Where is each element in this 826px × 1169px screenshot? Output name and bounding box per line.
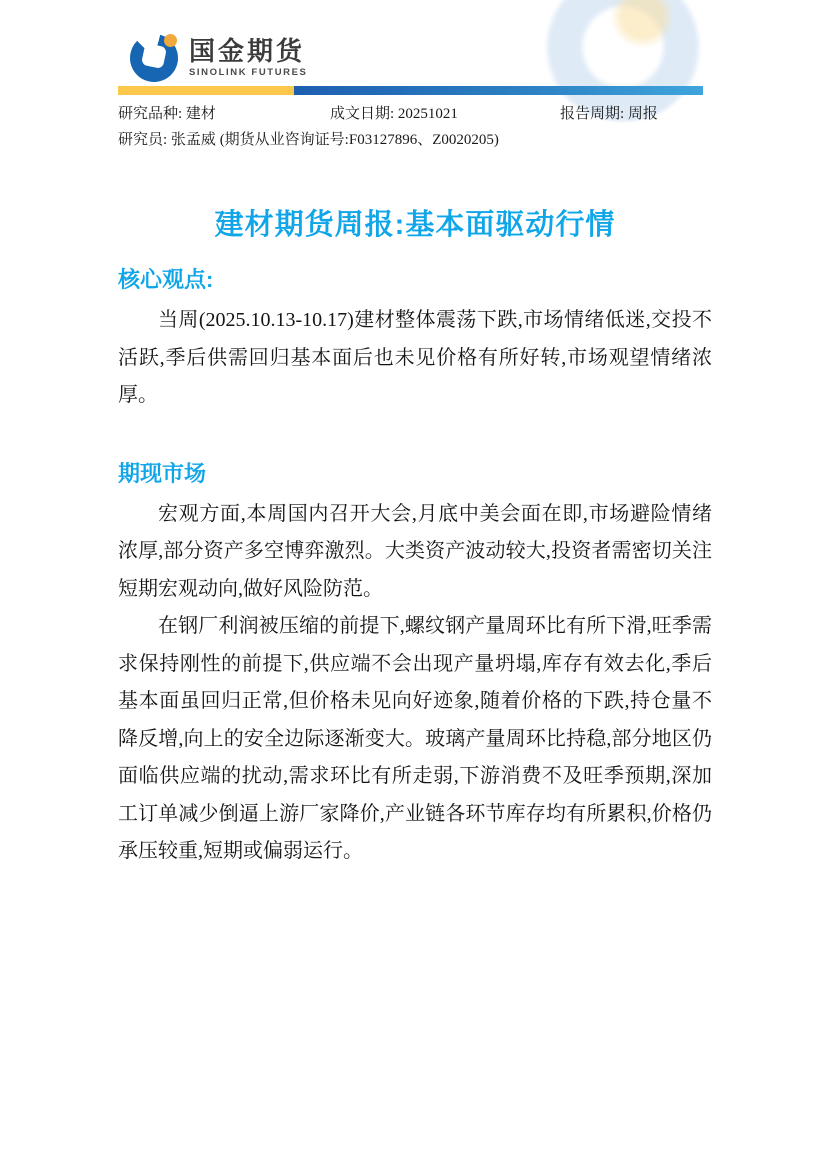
page-title: 建材期货周报:基本面驱动行情 <box>118 202 712 243</box>
meta-row-2: 研究员: 张孟威 (期货从业咨询证号:F03127896、Z0020205) <box>118 128 712 149</box>
logo-text-block: 国金期货 SINOLINK FUTURES <box>189 38 308 78</box>
report-meta: 研究品种: 建材 成文日期: 20251021 报告周期: 周报 研究员: 张孟… <box>118 102 712 149</box>
core-view-paragraph: 当周(2025.10.13-10.17)建材整体震荡下跌,市场情绪低迷,交投不活… <box>118 302 712 415</box>
meta-date: 成文日期: 20251021 <box>330 102 560 123</box>
meta-researcher-label: 研究员: <box>118 132 167 148</box>
divider-blue-segment <box>294 86 703 95</box>
company-logo: 国金期货 SINOLINK FUTURES <box>130 34 308 82</box>
meta-row-1: 研究品种: 建材 成文日期: 20251021 报告周期: 周报 <box>118 102 712 123</box>
macro-paragraph: 宏观方面,本周国内召开大会,月底中美会面在即,市场避险情绪浓厚,部分资产多空博弈… <box>118 496 712 609</box>
section-heading-spot-futures-market: 期现市场 <box>118 460 712 488</box>
meta-period: 报告周期: 周报 <box>560 102 712 123</box>
fundamentals-paragraph: 在钢厂利润被压缩的前提下,螺纹钢产量周环比有所下滑,旺季需求保持刚性的前提下,供… <box>118 608 712 871</box>
meta-researcher-cert: (期货从业咨询证号:F03127896、Z0020205) <box>220 132 499 148</box>
logo-orange-dot <box>164 34 177 47</box>
company-logo-icon <box>130 34 178 82</box>
meta-researcher-value: 张孟威 <box>171 132 216 148</box>
logo-english-name: SINOLINK FUTURES <box>189 68 308 78</box>
header-divider-bar <box>118 86 703 95</box>
meta-date-value: 20251021 <box>398 106 458 122</box>
report-body: 核心观点: 当周(2025.10.13-10.17)建材整体震荡下跌,市场情绪低… <box>118 266 712 871</box>
report-page: 国金期货 SINOLINK FUTURES 研究品种: 建材 成文日期: 202… <box>0 0 826 1169</box>
meta-period-value: 周报 <box>628 106 658 122</box>
section-heading-core-view: 核心观点: <box>118 266 712 294</box>
meta-period-label: 报告周期: <box>560 106 624 122</box>
divider-yellow-segment <box>118 86 294 95</box>
logo-chinese-name: 国金期货 <box>189 38 308 65</box>
meta-date-label: 成文日期: <box>330 106 394 122</box>
meta-category: 研究品种: 建材 <box>118 102 330 123</box>
meta-category-value: 建材 <box>186 106 216 122</box>
meta-category-label: 研究品种: <box>118 106 182 122</box>
